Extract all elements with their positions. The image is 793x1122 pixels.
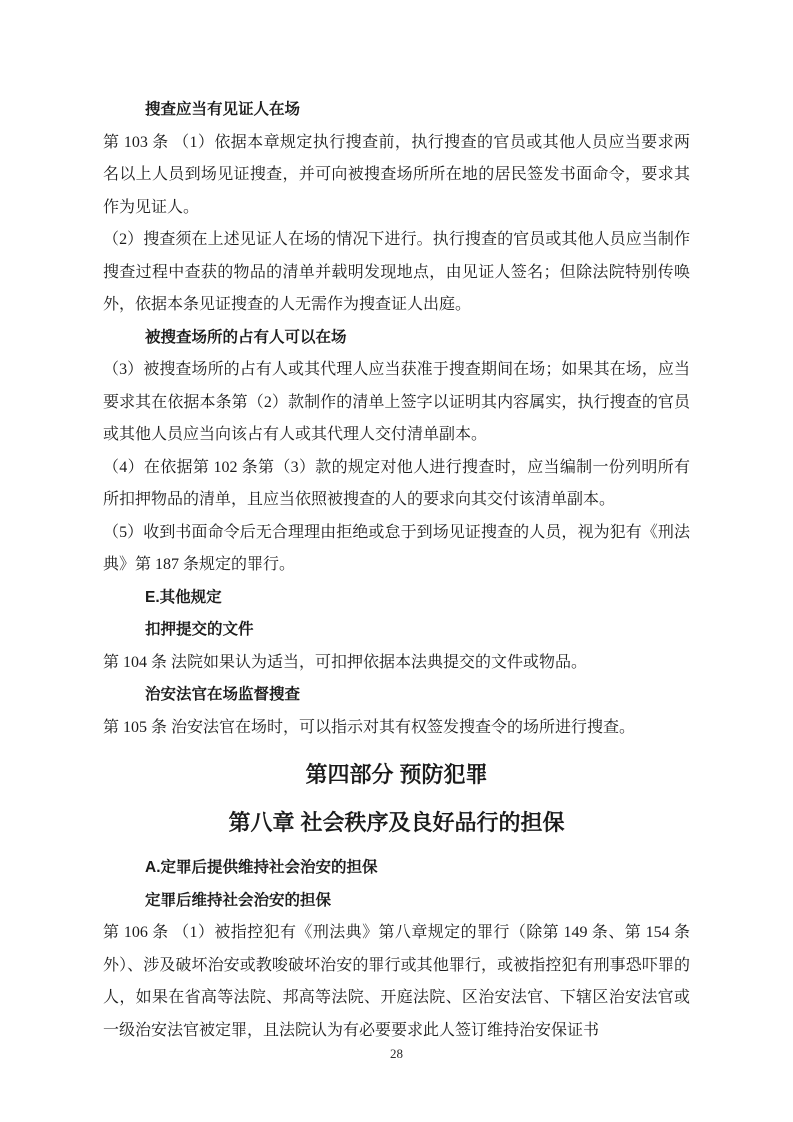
paragraph: 第 106 条 （1）被指控犯有《刑法典》第八章规定的罪行（除第 149 条、第… [103, 917, 690, 1047]
page-number: 28 [0, 1046, 793, 1062]
section-subheading: E.其他规定 [103, 582, 690, 615]
section-subheading: 搜查应当有见证人在场 [103, 94, 690, 127]
chapter-heading: 第八章 社会秩序及良好品行的担保 [103, 800, 690, 846]
paragraph: （5）收到书面命令后无合理理由拒绝或怠于到场见证搜查的人员，视为犯有《刑法典》第… [103, 517, 690, 582]
section-subheading: 定罪后维持社会治安的担保 [103, 885, 690, 918]
section-subheading: A.定罪后提供维持社会治安的担保 [103, 852, 690, 885]
document-page: 搜查应当有见证人在场第 103 条 （1）依据本章规定执行搜查前，执行搜查的官员… [0, 0, 793, 1122]
paragraph: （3）被搜查场所的占有人或其代理人应当获准于搜查期间在场；如果其在场，应当要求其… [103, 354, 690, 452]
paragraph: （4）在依据第 102 条第（3）款的规定对他人进行搜查时，应当编制一份列明所有… [103, 452, 690, 517]
section-subheading: 治安法官在场监督搜查 [103, 679, 690, 712]
section-subheading: 扣押提交的文件 [103, 614, 690, 647]
part-heading: 第四部分 预防犯罪 [103, 752, 690, 798]
section-subheading: 被搜查场所的占有人可以在场 [103, 322, 690, 355]
document-body: 搜查应当有见证人在场第 103 条 （1）依据本章规定执行搜查前，执行搜查的官员… [103, 94, 690, 1047]
paragraph: （2）搜查须在上述见证人在场的情况下进行。执行搜查的官员或其他人员应当制作搜查过… [103, 224, 690, 322]
paragraph: 第 104 条 法院如果认为适当，可扣押依据本法典提交的文件或物品。 [103, 647, 690, 680]
paragraph: 第 103 条 （1）依据本章规定执行搜查前，执行搜查的官员或其他人员应当要求两… [103, 127, 690, 225]
paragraph: 第 105 条 治安法官在场时，可以指示对其有权签发搜查令的场所进行搜查。 [103, 712, 690, 745]
